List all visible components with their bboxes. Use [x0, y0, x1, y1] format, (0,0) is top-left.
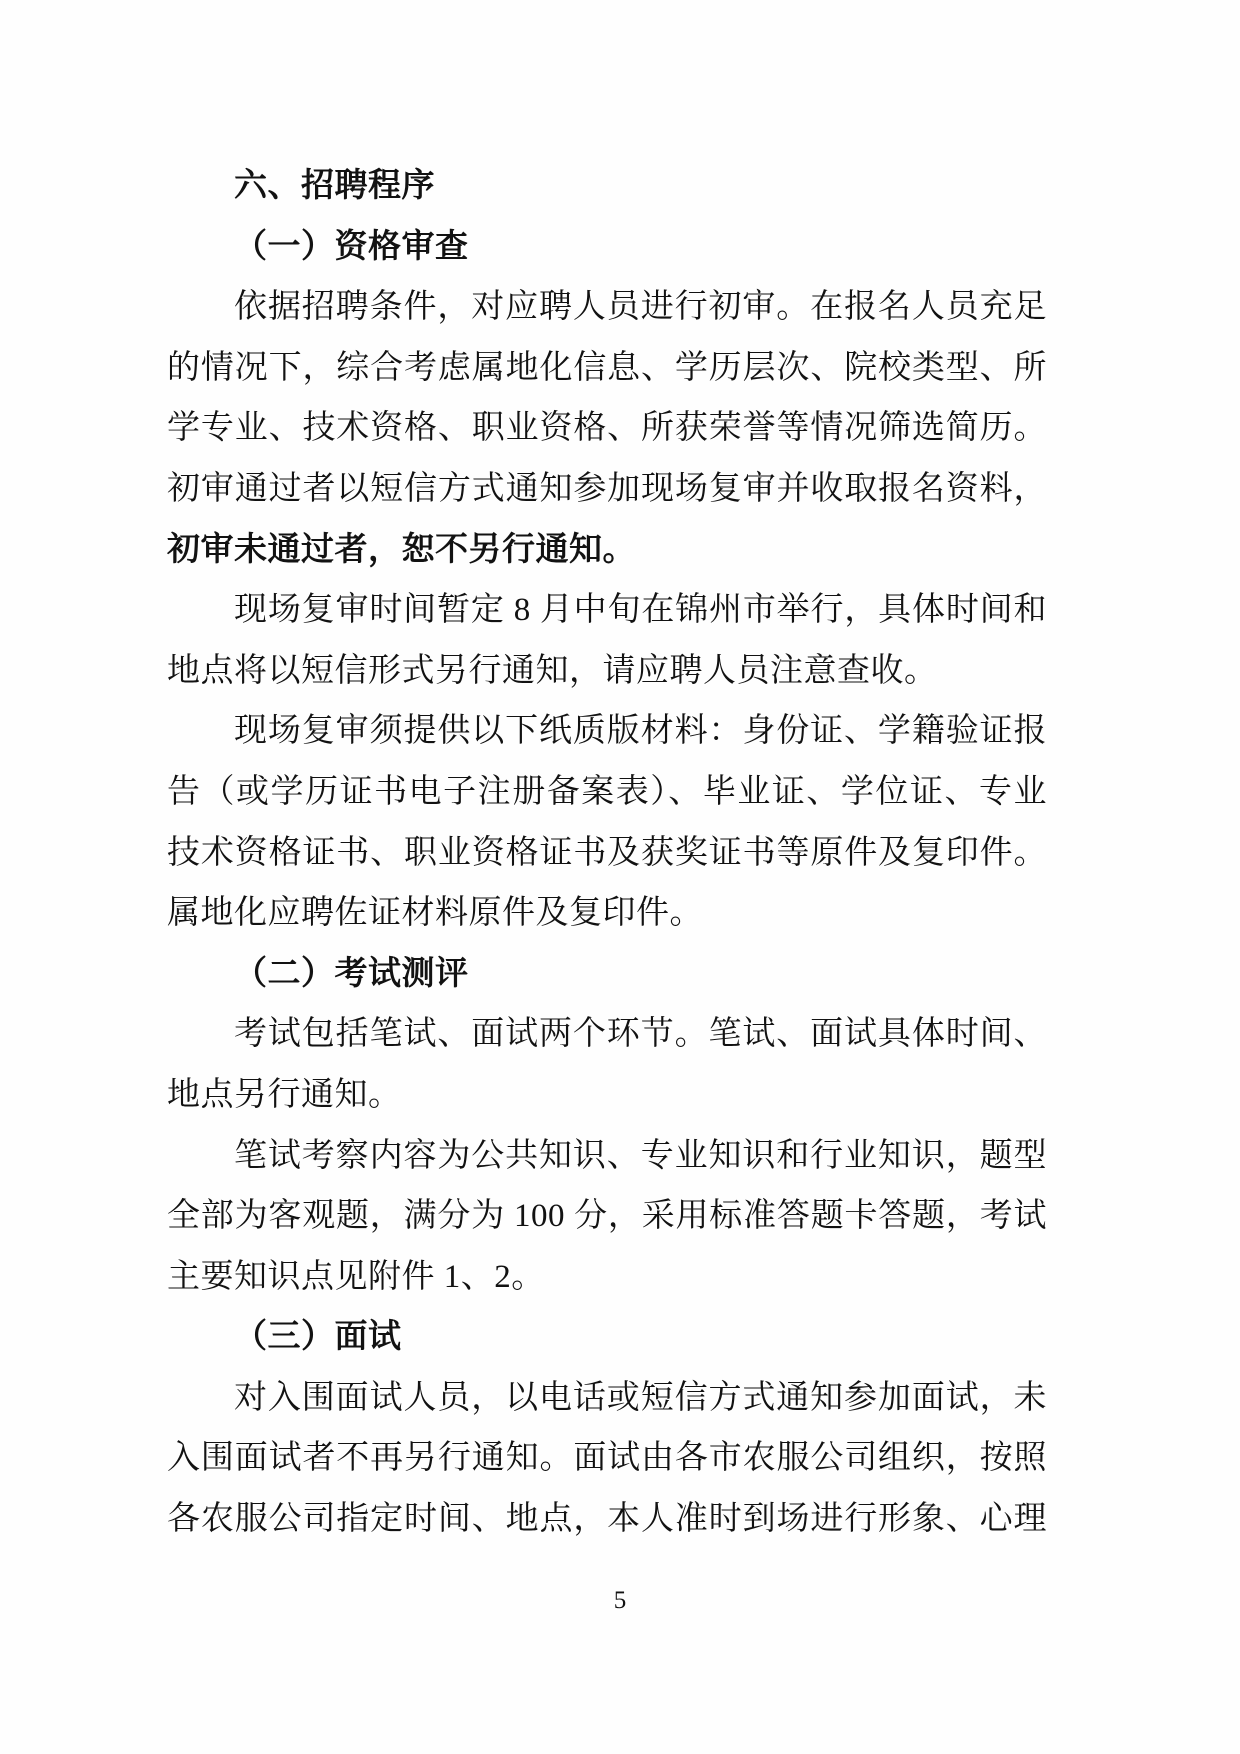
text-line: 告（或学历证书电子注册备案表）、毕业证、学位证、专业 — [167, 762, 1047, 823]
heading-exam-evaluation: （二）考试测评 — [167, 944, 1047, 1005]
text-line: 笔试考察内容为公共知识、专业知识和行业知识，题型 — [167, 1126, 1047, 1187]
text-line: 全部为客观题，满分为 100 分，采用标准答题卡答题，考试 — [167, 1186, 1047, 1247]
text-line: 学专业、技术资格、职业资格、所获荣誉等情况筛选简历。 — [167, 398, 1047, 459]
text-line: 现场复审须提供以下纸质版材料：身份证、学籍验证报 — [167, 701, 1047, 762]
text-line: 技术资格证书、职业资格证书及获奖证书等原件及复印件。 — [167, 823, 1047, 884]
text-line: 依据招聘条件，对应聘人员进行初审。在报名人员充足 — [167, 277, 1047, 338]
document-page: 六、招聘程序 （一）资格审查 依据招聘条件，对应聘人员进行初审。在报名人员充足 … — [0, 0, 1240, 1754]
text-line: 对入围面试人员，以电话或短信方式通知参加面试，未 — [167, 1368, 1047, 1429]
text-line: 入围面试者不再另行通知。面试由各市农服公司组织，按照 — [167, 1428, 1047, 1489]
heading-section-six-recruitment-procedure: 六、招聘程序 — [167, 156, 1047, 217]
text-line: 地点另行通知。 — [167, 1065, 1047, 1126]
text-line: 各农服公司指定时间、地点，本人准时到场进行形象、心理 — [167, 1489, 1047, 1550]
text-line: 属地化应聘佐证材料原件及复印件。 — [167, 883, 1047, 944]
heading-interview: （三）面试 — [167, 1307, 1047, 1368]
text-line: 初审通过者以短信方式通知参加现场复审并收取报名资料， — [167, 459, 1047, 520]
page-number: 5 — [0, 1586, 1240, 1616]
text-line: 现场复审时间暂定 8 月中旬在锦州市举行，具体时间和 — [167, 580, 1047, 641]
text-line: 考试包括笔试、面试两个环节。笔试、面试具体时间、 — [167, 1004, 1047, 1065]
text-line: 地点将以短信形式另行通知，请应聘人员注意查收。 — [167, 641, 1047, 702]
document-body: 六、招聘程序 （一）资格审查 依据招聘条件，对应聘人员进行初审。在报名人员充足 … — [167, 156, 1047, 1550]
text-line: 的情况下，综合考虑属地化信息、学历层次、院校类型、所 — [167, 338, 1047, 399]
heading-qualification-review: （一）资格审查 — [167, 217, 1047, 278]
text-line: 主要知识点见附件 1、2。 — [167, 1247, 1047, 1308]
text-line-emphasis-no-notice: 初审未通过者，恕不另行通知。 — [167, 520, 1047, 581]
